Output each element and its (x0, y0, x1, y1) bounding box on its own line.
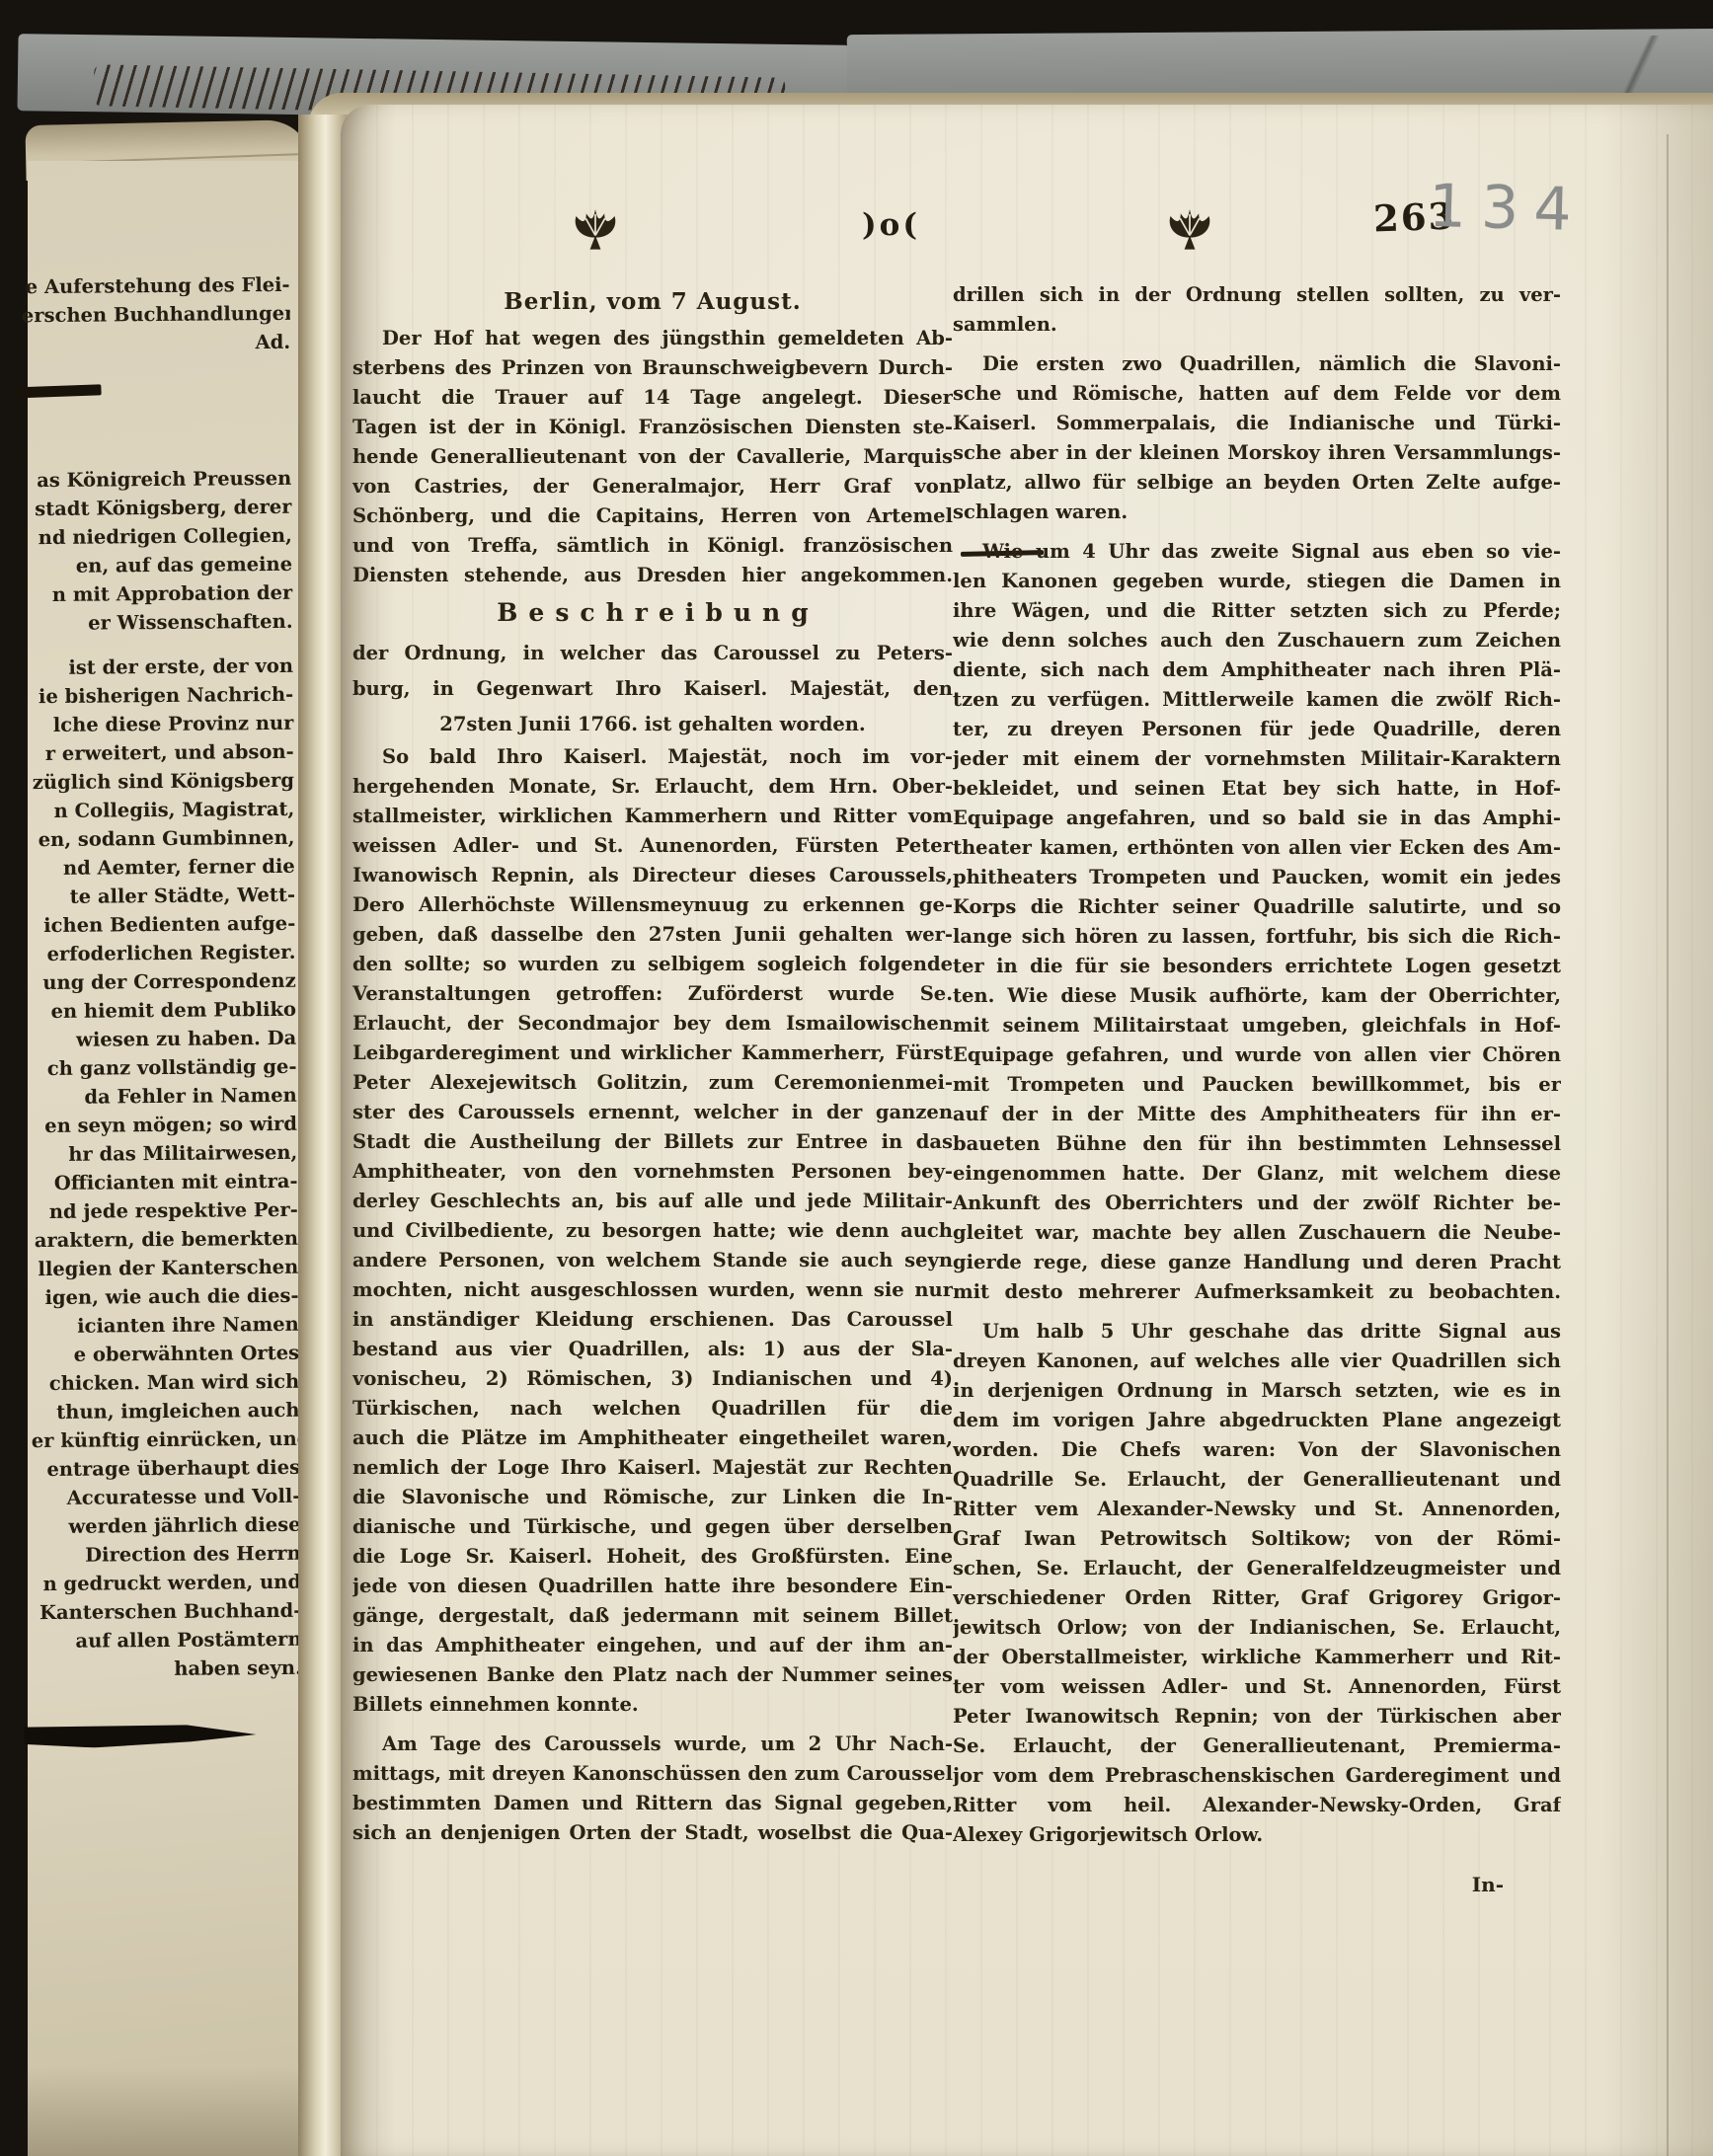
text-line: Billets einnehmen konnte. (352, 1690, 953, 1720)
text-line: hr das Militairwesen, (29, 1138, 297, 1169)
text-line: nd Aemter, ferner die (27, 852, 295, 883)
text-line: vonischeu, 2) Römischen, 3) Indianischen… (352, 1364, 953, 1394)
text-line: n mit Approbation der (24, 578, 292, 609)
text-line: Ankunft des Oberrichters und der zwölf R… (953, 1189, 1561, 1218)
text-line: Stadt die Austheilung der Billets zur En… (352, 1127, 953, 1157)
text-line: Peter Alexejewitsch Golitzin, zum Ceremo… (352, 1068, 953, 1098)
text-line: Dero Allerhöchste Willensmeynuug zu erke… (352, 890, 953, 920)
text-line: Direction des Herrn (33, 1539, 301, 1570)
text-line: n Collegiis, Magistrat, (26, 795, 294, 825)
text-line: ster des Caroussels ernennt, welcher in … (352, 1098, 953, 1127)
text-line: Peter Iwanowitsch Repnin; von der Türkis… (953, 1702, 1561, 1732)
text-line: der Oberstallmeister, wirkliche Kammerhe… (953, 1643, 1561, 1672)
spacer (34, 1682, 302, 1716)
text-line: e oberwähnten Ortes (31, 1339, 299, 1369)
text-line: Quadrille Se. Erlaucht, der Generallieut… (953, 1465, 1561, 1495)
text-line: ch ganz vollständig ge- (28, 1052, 296, 1083)
ink-rule (14, 384, 101, 398)
text-line: Equipage angefahren, und so bald sie in … (953, 804, 1561, 833)
text-line: en seyn mögen; so wird (29, 1110, 297, 1140)
text-line: sammlen. (953, 310, 1561, 340)
text-line: baueten Bühne den für ihn bestimmten Leh… (953, 1129, 1561, 1159)
text-line: ter vom weissen Adler- und St. Annenorde… (953, 1672, 1561, 1702)
previous-page-text: e Auferstehung des Flei-erschen Buchhand… (21, 270, 302, 1749)
text-line: er Wissenschaften. (24, 607, 292, 638)
text-line: chicken. Man wird sich (31, 1367, 299, 1398)
page-crease-line (1667, 134, 1669, 2156)
text-line: lange sich hören zu lassen, fortfuhr, bi… (953, 922, 1561, 952)
text-line: und von Treffa, sämtlich in Königl. fran… (352, 531, 953, 561)
text-line: bestimmten Damen und Rittern das Signal … (352, 1789, 953, 1818)
text-line: n gedruckt werden, und (33, 1568, 301, 1598)
text-line: und Civilbediente, zu besorgen hatte; wi… (352, 1216, 953, 1246)
text-line: jor vom dem Prebraschenskischen Gardereg… (953, 1761, 1561, 1791)
text-line: ter, zu dreyen Personen für jede Quadril… (953, 715, 1561, 744)
text-line: nd jede respektive Per- (30, 1195, 298, 1226)
handwritten-page-number: 134 (1428, 172, 1587, 245)
text-line: schen, Se. Erlaucht, der Generalfeldzeug… (953, 1554, 1561, 1583)
text-line: worden. Die Chefs waren: Von der Slavoni… (953, 1435, 1561, 1465)
text-line: drillen sich in der Ordnung stellen soll… (953, 280, 1561, 310)
text-line: werden jährlich diese (32, 1510, 300, 1541)
text-line: er künftig einrücken, und (32, 1424, 300, 1455)
text-line: entrage überhaupt dies (32, 1453, 300, 1484)
text-line: Die ersten zwo Quadrillen, nämlich die S… (953, 349, 1561, 379)
text-line: Tagen ist der in Königl. Französischen D… (352, 413, 953, 442)
text-line: platz, allwo für selbige an beyden Orten… (953, 468, 1561, 498)
left-text-column: Berlin, vom 7 August. Der Hof hat wegen … (352, 284, 953, 1848)
text-line: jewitsch Orlow; von der Indianischen, Se… (953, 1613, 1561, 1643)
paragraph: So bald Ihro Kaiserl. Majestät, noch im … (352, 742, 953, 1720)
text-line: ie bisherigen Nachrich- (25, 680, 293, 711)
text-line: jeder mit einem der vornehmsten Militair… (953, 744, 1561, 774)
text-line: gänge, dergestalt, daß jedermann mit sei… (352, 1601, 953, 1631)
text-line: ichen Bedienten aufge- (27, 909, 295, 940)
text-line: diente, sich nach dem Amphitheater nach … (953, 655, 1561, 685)
shell-ornament-icon (570, 203, 621, 255)
text-line: ten. Wie diese Musik aufhörte, kam der O… (953, 981, 1561, 1011)
text-line: Erlaucht, der Secondmajor bey dem Ismail… (352, 1009, 953, 1039)
text-line: verschiedener Orden Ritter, Graf Grigore… (953, 1583, 1561, 1613)
text-line: in anständiger Kleidung erschienen. Das … (352, 1305, 953, 1335)
text-line: e Auferstehung des Flei- (21, 270, 289, 301)
text-line: ter in die für sie besonders errichtete … (953, 952, 1561, 981)
text-line: mit desto mehrerer Aufmerksamkeit zu beo… (953, 1277, 1561, 1307)
text-line: stadt Königsberg, derer (23, 493, 291, 523)
text-line: andere Personen, von welchem Stande sie … (352, 1246, 953, 1275)
text-line: sche und Römische, hatten auf dem Felde … (953, 379, 1561, 409)
text-line: lche diese Provinz nur (25, 709, 293, 739)
text-line: auf allen Postämtern (33, 1625, 301, 1655)
text-line: schlagen waren. (953, 498, 1561, 527)
text-line: theater kamen, erthönten von allen vier … (953, 833, 1561, 863)
text-line: den sollte; so wurden zu selbigem soglei… (352, 950, 953, 979)
text-line: ihre Wägen, und die Ritter setzten sich … (953, 596, 1561, 626)
separator-mark: )o( (862, 207, 920, 243)
text-line: 27sten Junii 1766. ist gehalten worden. (352, 707, 953, 742)
text-line: nemlich der Loge Ihro Kaiserl. Majestät … (352, 1453, 953, 1483)
text-line: hende Generallieutenant von der Cavaller… (352, 442, 953, 472)
paragraph: drillen sich in der Ordnung stellen soll… (953, 280, 1561, 340)
text-line: thun, imgleichen auch (31, 1396, 299, 1426)
text-line: auf der in der Mitte des Amphitheaters f… (953, 1100, 1561, 1129)
text-line: Equipage gefahren, und wurde von allen v… (953, 1040, 1561, 1070)
text-line: in das Amphitheater eingehen, und auf de… (352, 1631, 953, 1660)
text-line: bestand aus vier Quadrillen, als: 1) aus… (352, 1335, 953, 1364)
text-line: auch die Plätze im Amphitheater eingethe… (352, 1424, 953, 1453)
text-line: en, auf das gemeine (24, 550, 292, 580)
text-line: araktern, die bemerkten (30, 1224, 298, 1255)
text-line: So bald Ihro Kaiserl. Majestät, noch im … (352, 742, 953, 772)
text-line: eingenommen hatte. Der Glanz, mit welche… (953, 1159, 1561, 1189)
text-line: wiesen zu haben. Da (28, 1024, 296, 1054)
paragraph: Der Hof hat wegen des jüngsthin gemeldet… (352, 324, 953, 590)
text-line: Kanterschen Buchhand- (33, 1596, 301, 1627)
text-line: wie denn solches auch den Zuschauern zum… (953, 626, 1561, 655)
text-line: mit Trompeten und Paucken bewillkommet, … (953, 1070, 1561, 1100)
text-line: icianten ihre Namen (31, 1310, 299, 1341)
section-heading: Beschreibung (352, 590, 953, 636)
text-line: ung der Correspondenz (28, 966, 296, 997)
text-line: züglich sind Königsberg (26, 766, 294, 797)
text-line: Se. Erlaucht, der Generallieutenant, Pre… (953, 1732, 1561, 1761)
text-line: weissen Adler- und St. Aunenorden, Fürst… (352, 831, 953, 861)
text-line: llegien der Kanterschen (30, 1253, 298, 1283)
text-line: Wie um 4 Uhr das zweite Signal aus eben … (953, 537, 1561, 567)
text-line: igen, wie auch die dies- (30, 1281, 298, 1312)
text-line: die Slavonische und Römische, zur Linken… (352, 1483, 953, 1512)
paragraph: Die ersten zwo Quadrillen, nämlich die S… (953, 349, 1561, 527)
text-line: len Kanonen gegeben wurde, stiegen die D… (953, 567, 1561, 596)
text-line: in derjenigen Ordnung in Marsch setzten,… (953, 1376, 1561, 1406)
text-line: geben, daß dasselbe den 27sten Junii geh… (352, 920, 953, 950)
text-line: ist der erste, der von (25, 652, 293, 682)
text-line: r erweitert, und abson- (26, 737, 294, 768)
text-line: da Fehler in Namen (29, 1081, 297, 1112)
text-line: mittags, mit dreyen Kanonschüssen den zu… (352, 1759, 953, 1789)
text-line: phitheaters Trompeten und Paucken, womit… (953, 863, 1561, 892)
text-line: Leibgarderegiment und wirklicher Kammerh… (352, 1039, 953, 1068)
ink-blot (24, 1719, 256, 1750)
text-line: sich an denjenigen Orten der Stadt, wose… (352, 1818, 953, 1848)
text-line: Um halb 5 Uhr geschahe das dritte Signal… (953, 1317, 1561, 1347)
text-line: bekleidet, und seinen Etat bey sich hatt… (953, 774, 1561, 804)
spacer (22, 356, 290, 380)
text-line: Schönberg, und die Capitains, Herren von… (352, 501, 953, 531)
text-line: en, sodann Gumbinnen, (26, 823, 294, 854)
text-line: gierde rege, diese ganze Handlung und de… (953, 1248, 1561, 1277)
text-line: Officianten mit eintra- (29, 1167, 297, 1197)
text-line: Ritter vem Alexander-Newsky und St. Anne… (953, 1495, 1561, 1524)
main-page: )o( 263 134 Berlin, vom 7 August. Der Ho… (341, 105, 1713, 2156)
text-line: dem im vorigen Jahre abgedruckten Plane … (953, 1406, 1561, 1435)
text-line: Alexey Grigorjewitsch Orlow. (953, 1820, 1561, 1850)
text-line: Kaiserl. Sommerpalais, die Indianische u… (953, 409, 1561, 438)
text-line: en hiemit dem Publiko (28, 995, 296, 1026)
text-line: gleitet war, machte bey allen Zuschauern… (953, 1218, 1561, 1248)
text-line: dianische und Türkische, und gegen über … (352, 1512, 953, 1542)
paragraph: Wie um 4 Uhr das zweite Signal aus eben … (953, 537, 1561, 1307)
text-line: Accuratesse und Voll- (32, 1482, 300, 1512)
text-line: erfoderlichen Register. (27, 938, 295, 968)
section-subtitle: der Ordnung, in welcher das Caroussel zu… (352, 636, 953, 742)
text-line: Korps die Richter seiner Quadrille salut… (953, 892, 1561, 922)
text-line: burg, in Gegenwart Ihro Kaiserl. Majestä… (352, 671, 953, 707)
text-line: Ad. (22, 328, 290, 358)
text-line: Am Tage des Caroussels wurde, um 2 Uhr N… (352, 1730, 953, 1759)
text-line: Graf Iwan Petrowitsch Soltikow; von der … (953, 1524, 1561, 1554)
text-line: Türkischen, nach welchen Quadrillen für … (352, 1394, 953, 1424)
text-line: der Ordnung, in welcher das Caroussel zu… (352, 636, 953, 671)
text-line: Diensten stehende, aus Dresden hier ange… (352, 561, 953, 590)
text-line: sterbens des Prinzen von Braunschweigbev… (352, 353, 953, 383)
spacer (23, 399, 292, 466)
paragraph: Um halb 5 Uhr geschahe das dritte Signal… (953, 1317, 1561, 1850)
scanned-book-page: e Auferstehung des Flei-erschen Buchhand… (0, 0, 1713, 2156)
dateline-heading: Berlin, vom 7 August. (352, 284, 953, 324)
text-line: von Castries, der Generalmajor, Herr Gra… (352, 472, 953, 501)
text-line: sche aber in der kleinen Morskoy ihren V… (953, 438, 1561, 468)
catchword: In- (953, 1870, 1561, 1899)
text-line: mochten, nicht ausgeschlossen wurden, we… (352, 1275, 953, 1305)
text-line: Iwanowisch Repnin, als Directeur dieses … (352, 861, 953, 890)
paragraph: Am Tage des Caroussels wurde, um 2 Uhr N… (352, 1730, 953, 1848)
text-line: tzen zu verfügen. Mittlerweile kamen die… (953, 685, 1561, 715)
text-line: gewiesenen Banke den Platz nach der Numm… (352, 1660, 953, 1690)
text-line: die Loge Sr. Kaiserl. Hoheit, des Großfü… (352, 1542, 953, 1572)
right-text-column: drillen sich in der Ordnung stellen soll… (953, 280, 1561, 1899)
text-line: derley Geschlechts an, bis auf alle und … (352, 1187, 953, 1216)
text-line: laucht die Trauer auf 14 Tage angelegt. … (352, 383, 953, 413)
text-line: mit seinem Militairstaat umgeben, gleich… (953, 1011, 1561, 1040)
text-line: nd niedrigen Collegien, (24, 521, 292, 552)
text-line: Ritter vom heil. Alexander-Newsky-Orden,… (953, 1791, 1561, 1820)
shell-ornament-icon (1164, 203, 1215, 255)
text-line: haben seyn. (34, 1654, 302, 1684)
text-line: dreyen Kanonen, auf welches alle vier Qu… (953, 1347, 1561, 1376)
text-line: Veranstaltungen getroffen: Zuförderst wu… (352, 979, 953, 1009)
text-line: te aller Städte, Wett- (27, 881, 295, 911)
text-line: jede von diesen Quadrillen hatte ihre be… (352, 1572, 953, 1601)
text-line: as Königreich Preussen (23, 464, 291, 495)
text-line: Amphitheater, von den vornehmsten Person… (352, 1157, 953, 1187)
previous-page-fragment: e Auferstehung des Flei-erschen Buchhand… (28, 161, 306, 2156)
text-line: hergehenden Monate, Sr. Erlaucht, dem Hr… (352, 772, 953, 802)
text-line: Der Hof hat wegen des jüngsthin gemeldet… (352, 324, 953, 353)
text-line: stallmeister, wirklichen Kammerhern und … (352, 802, 953, 831)
text-line: erschen Buchhandlungen (22, 299, 290, 330)
